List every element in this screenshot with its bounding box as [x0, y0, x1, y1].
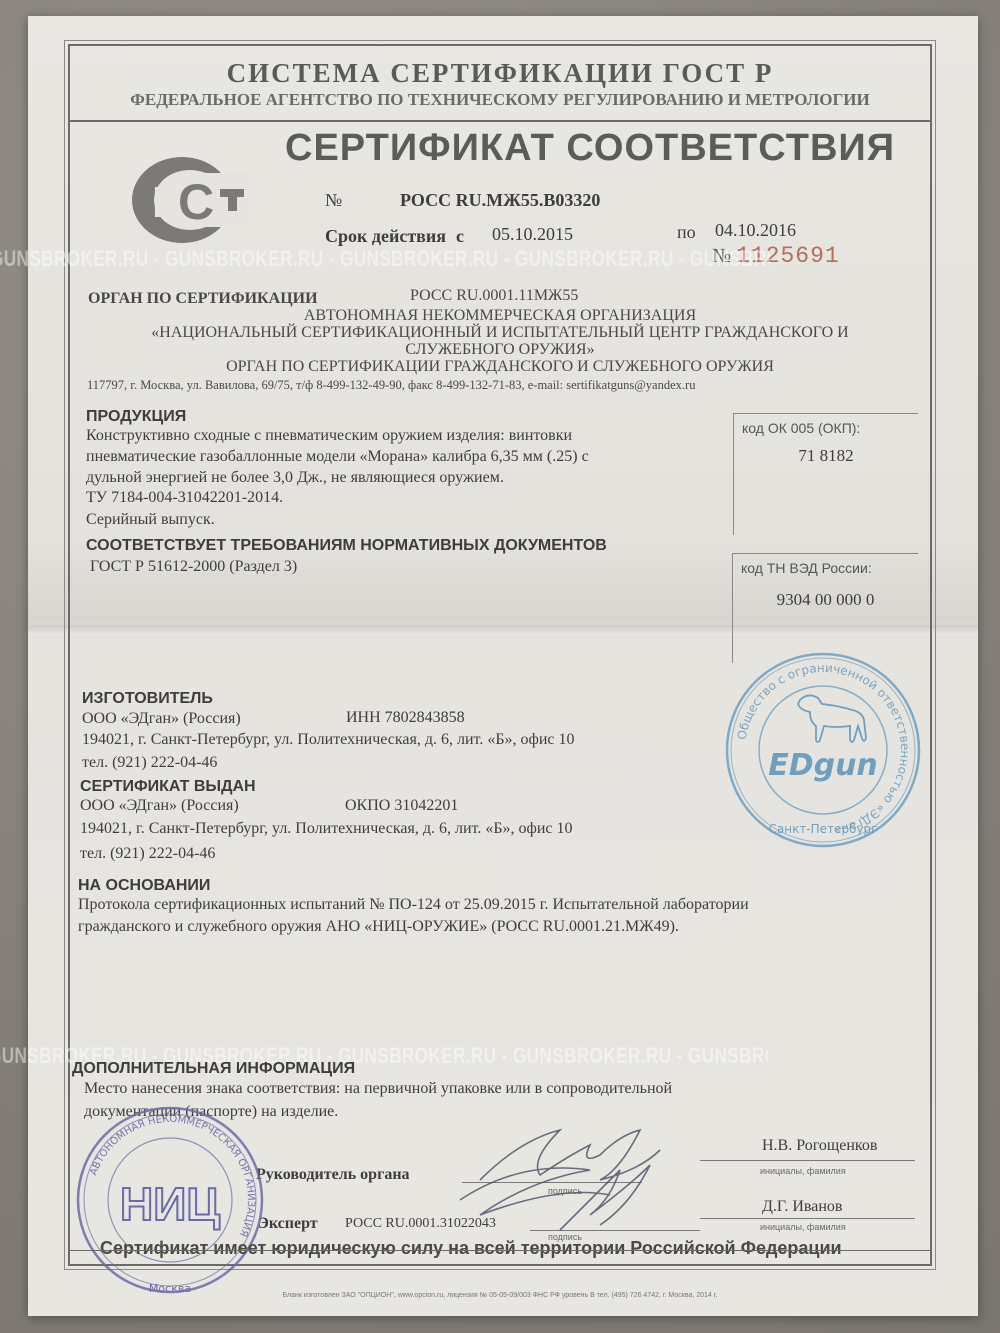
cert-body-address: 117797, г. Москва, ул. Вавилова, 69/75, … — [87, 378, 695, 393]
tnved-label: код ТН ВЭД России: — [733, 554, 918, 582]
product-line: Конструктивно сходные с пневматическим о… — [86, 427, 572, 445]
basis-line: Протокола сертификационных испытаний № П… — [78, 896, 749, 914]
expert-name: Д.Г. Иванов — [762, 1198, 842, 1216]
cert-body-line: «НАЦИОНАЛЬНЫЙ СЕРТИФИКАЦИОННЫЙ И ИСПЫТАТ… — [90, 324, 910, 342]
head-name-line — [700, 1160, 915, 1161]
svg-text:Москва: Москва — [149, 1282, 191, 1295]
product-heading: ПРОДУКЦИЯ — [86, 408, 186, 426]
issued-to-okpo: ОКПО 31042201 — [345, 797, 458, 815]
manufacturer-name: ООО «ЭДган» (Россия) — [82, 710, 241, 728]
nic-stamp-icon: АВТОНОМНАЯ НЕКОММЕРЧЕСКАЯ ОРГАНИЗАЦИЯ НИ… — [70, 1100, 270, 1300]
head-label: Руководитель органа — [256, 1166, 410, 1184]
manufacturer-heading: ИЗГОТОВИТЕЛЬ — [82, 690, 213, 708]
expert-name-line — [700, 1218, 915, 1219]
cert-body-label: ОРГАН ПО СЕРТИФИКАЦИИ — [88, 290, 318, 308]
certificate-number: РОСС RU.МЖ55.В03320 — [400, 190, 600, 211]
issued-to-address: 194021, г. Санкт-Петербург, ул. Политехн… — [80, 820, 573, 838]
footer-divider — [68, 1250, 932, 1251]
issued-to-name: ООО «ЭДган» (Россия) — [80, 797, 239, 815]
issued-to-heading: СЕРТИФИКАТ ВЫДАН — [80, 778, 256, 796]
manufacturer-address: 194021, г. Санкт-Петербург, ул. Политехн… — [82, 731, 575, 749]
watermark-top: GUNSBROKER.RU - GUNSBROKER.RU - GUNSBROK… — [0, 246, 770, 272]
standards-heading: СООТВЕТСТВУЕТ ТРЕБОВАНИЯМ НОРМАТИВНЫХ ДО… — [86, 537, 607, 555]
expert-name-caption: инициалы, фамилия — [760, 1222, 846, 1232]
printer-note: Бланк изготовлен ЗАО "ОПЦИОН", www.opcio… — [220, 1292, 780, 1299]
product-line: пневматические газобаллонные модели «Мор… — [86, 448, 589, 466]
cert-body-line: СЛУЖЕБНОГО ОРУЖИЯ» — [90, 341, 910, 359]
document-title: СЕРТИФИКАТ СООТВЕТСТВИЯ — [285, 127, 895, 170]
system-title: СИСТЕМА СЕРТИФИКАЦИИ ГОСТ Р — [68, 58, 932, 89]
edgun-stamp-icon: Общество с ограниченной ответственностью… — [718, 645, 928, 855]
product-line: ТУ 7184-004-31042201-2014. — [86, 489, 283, 507]
product-line: дульной энергией не более 3,0 Дж., не яв… — [86, 469, 504, 487]
svg-text:C: C — [178, 174, 214, 230]
validity-label: Срок действия — [325, 226, 446, 247]
manufacturer-inn: ИНН 7802843858 — [346, 709, 465, 727]
svg-text:НИЦ: НИЦ — [120, 1178, 220, 1230]
head-name: Н.В. Рогощенков — [762, 1137, 877, 1155]
svg-text:Санкт-Петербург: Санкт-Петербург — [769, 822, 878, 836]
valid-to-label: по — [677, 222, 696, 243]
okp-value: 71 8182 — [734, 446, 918, 466]
product-line: Серийный выпуск. — [86, 511, 215, 529]
valid-to-date: 04.10.2016 — [715, 220, 796, 241]
basis-line: гражданского и служебного оружия АНО «НИ… — [78, 918, 679, 936]
signature-icon — [440, 1110, 700, 1240]
standards-value: ГОСТ Р 51612-2000 (Раздел 3) — [90, 558, 297, 576]
valid-from-label: с — [456, 226, 464, 247]
number-label: № — [325, 190, 342, 211]
agency-name: ФЕДЕРАЛЬНОЕ АГЕНТСТВО ПО ТЕХНИЧЕСКОМУ РЕ… — [68, 90, 932, 110]
cert-body-line: ОРГАН ПО СЕРТИФИКАЦИИ ГРАЖДАНСКОГО И СЛУ… — [90, 358, 910, 376]
tnved-value: 9304 00 000 0 — [733, 590, 918, 610]
rst-logo-icon: P C — [130, 155, 248, 245]
valid-from-date: 05.10.2015 — [492, 224, 573, 245]
validity-note: Сертификат имеет юридическую силу на все… — [100, 1238, 842, 1259]
head-name-caption: инициалы, фамилия — [760, 1166, 846, 1176]
okp-label: код ОК 005 (ОКП): — [734, 414, 918, 442]
issued-to-phone: тел. (921) 222-04-46 — [80, 845, 215, 863]
additional-heading: ДОПОЛНИТЕЛЬНАЯ ИНФОРМАЦИЯ — [72, 1060, 355, 1078]
okp-code-box: код ОК 005 (ОКП): 71 8182 — [733, 413, 918, 535]
cert-body-code: РОСС RU.0001.11МЖ55 — [410, 287, 578, 305]
manufacturer-phone: тел. (921) 222-04-46 — [82, 754, 217, 772]
cert-body-line: АВТОНОМНАЯ НЕКОММЕРЧЕСКАЯ ОРГАНИЗАЦИЯ — [90, 307, 910, 325]
basis-heading: НА ОСНОВАНИИ — [78, 877, 210, 895]
header-divider — [68, 120, 932, 122]
svg-text:P: P — [152, 178, 181, 227]
svg-text:EDgun: EDgun — [768, 748, 878, 783]
additional-line: Место нанесения знака соответствия: на п… — [84, 1080, 672, 1098]
